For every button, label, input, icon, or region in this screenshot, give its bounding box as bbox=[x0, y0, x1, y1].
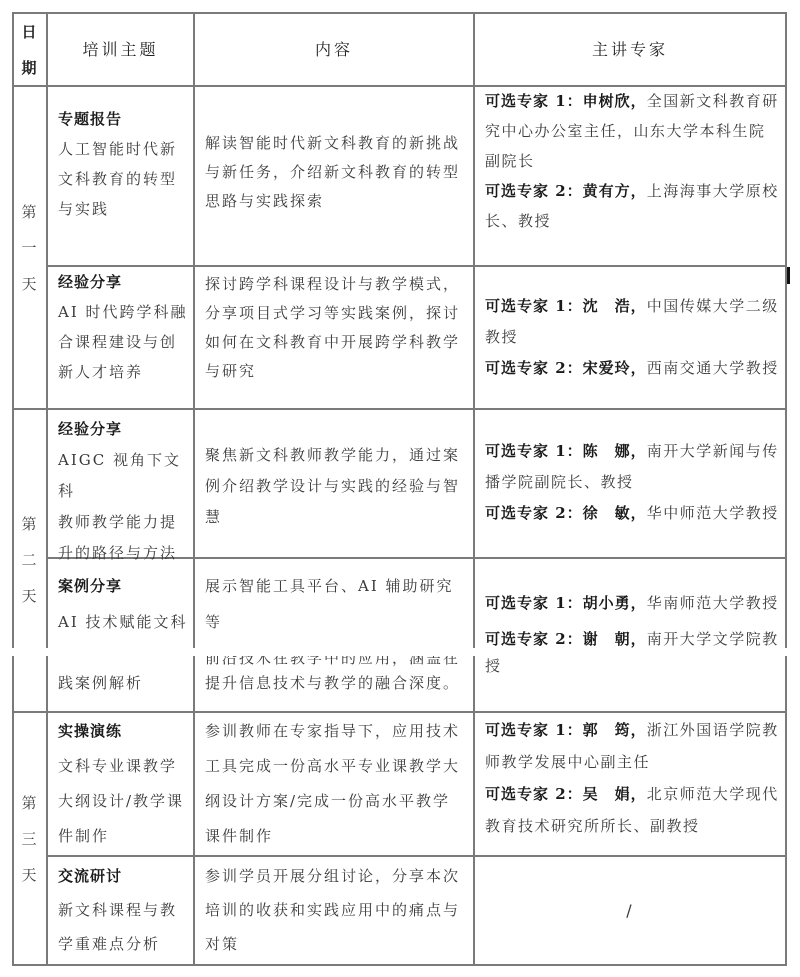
expert-desc: 南开大学新闻与传 bbox=[647, 442, 779, 460]
session-type: 案例分享 bbox=[58, 568, 189, 604]
expert-label: 可选专家 1： bbox=[485, 442, 583, 460]
topic-line: 升的路径与方法 bbox=[58, 538, 189, 569]
content-line: 纲设计方案/完成一份高水平教学 bbox=[205, 784, 469, 819]
training-schedule-table: 日 期 培训主题 内容 主讲专家 第 一 天 第 二 天 第 三 天 专题报告 … bbox=[0, 0, 800, 977]
experts-cell: 可选专家 1：陈 娜，南开大学新闻与传 播学院副院长、教授 可选专家 2：徐 敏… bbox=[475, 436, 785, 529]
topic-cell: 交流研讨 新文科课程与教 学重难点分析 bbox=[48, 859, 193, 961]
expert-label: 可选专家 1： bbox=[485, 297, 583, 315]
experts-cell-continued: 授 bbox=[475, 651, 785, 681]
content-cell: 聚焦新文科教师教学能力，通过案 例介绍教学设计与实践的经验与智 慧 bbox=[195, 440, 473, 533]
header-date-char: 日 bbox=[21, 14, 38, 50]
day-label-1: 第 一 天 bbox=[14, 87, 46, 408]
expert-name: 郭 筠， bbox=[583, 721, 647, 739]
topic-cell: 专题报告 人工智能时代新 文科教育的转型 与实践 bbox=[48, 104, 193, 224]
expert-label: 可选专家 2： bbox=[485, 785, 583, 803]
header-topic: 培训主题 bbox=[48, 14, 193, 85]
experts-cell: 可选专家 1：申树欣，全国新文科教育研 究中心办公室主任，山东大学本科生院 副院… bbox=[475, 86, 785, 236]
expert-label: 可选专家 1： bbox=[485, 721, 583, 739]
day-char: 一 bbox=[21, 230, 38, 266]
topic-line: 学重难点分析 bbox=[58, 927, 189, 961]
expert-desc: 华中师范大学教授 bbox=[647, 504, 779, 522]
expert-desc: 浙江外国语学院教 bbox=[647, 721, 779, 739]
content-line: 解读智能时代新文科教育的新挑战 bbox=[205, 129, 469, 158]
expert-desc: 西南交通大学教授 bbox=[647, 359, 779, 377]
session-type: 交流研讨 bbox=[58, 859, 189, 893]
content-line: 工具完成一份高水平专业课教学大 bbox=[205, 749, 469, 784]
topic-cell-continued: 践案例解析 bbox=[48, 668, 193, 698]
content-cell: 参训教师在专家指导下，应用技术 工具完成一份高水平专业课教学大 纲设计方案/完成… bbox=[195, 714, 473, 854]
content-line: 如何在文科教育中开展跨学科教学 bbox=[205, 328, 469, 357]
topic-line: 与实践 bbox=[58, 194, 189, 224]
topic-line: 文科教育的转型 bbox=[58, 164, 189, 194]
content-line: 与研究 bbox=[205, 357, 469, 386]
table-border-right bbox=[785, 656, 787, 966]
content-line: 探讨跨学科课程设计与教学模式， bbox=[205, 270, 469, 299]
day-char: 天 bbox=[21, 578, 38, 614]
experts-cell: 可选专家 1：胡小勇，华南师范大学教授 可选专家 2：谢 朝，南开大学文学院教 bbox=[475, 585, 785, 657]
expert-desc: 播学院副院长、教授 bbox=[485, 467, 781, 498]
topic-line: 文科专业课教学 bbox=[58, 749, 189, 784]
header-date: 日 期 bbox=[14, 14, 46, 85]
expert-desc: 华南师范大学教授 bbox=[647, 594, 779, 612]
topic-cell: 经验分享 AIGC 视角下文科 教师教学能力提 升的路径与方法 bbox=[48, 414, 193, 569]
expert-desc: 中国传媒大学二级 bbox=[647, 297, 779, 315]
content-line: 聚焦新文科教师教学能力，通过案 bbox=[205, 440, 469, 471]
expert-desc: 上海海事大学原校 bbox=[647, 182, 779, 200]
expert-desc: 教授 bbox=[485, 322, 781, 353]
expert-desc: 副院长 bbox=[485, 146, 781, 176]
expert-name: 沈 浩， bbox=[583, 297, 647, 315]
topic-line: AI 技术赋能文科 bbox=[58, 604, 189, 640]
day-char: 第 bbox=[21, 785, 38, 821]
expert-desc: 南开大学文学院教 bbox=[647, 630, 779, 648]
content-cell: 解读智能时代新文科教育的新挑战 与新任务，介绍新文科教育的转型 思路与实践探索 bbox=[195, 129, 473, 216]
topic-cell: 案例分享 AI 技术赋能文科 bbox=[48, 568, 193, 640]
topic-line: 大纲设计/教学课 bbox=[58, 784, 189, 819]
day-char: 天 bbox=[21, 857, 38, 893]
expert-name: 宋爱玲， bbox=[583, 359, 647, 377]
day-char: 二 bbox=[21, 542, 38, 578]
expert-label: 可选专家 2： bbox=[485, 182, 583, 200]
content-cell: 参训学员开展分组讨论，分享本次 培训的收获和实践应用中的痛点与 对策 bbox=[195, 859, 473, 961]
experts-cell: 可选专家 1：沈 浩，中国传媒大学二级 教授 可选专家 2：宋爱玲，西南交通大学… bbox=[475, 291, 785, 384]
topic-cell: 实操演练 文科专业课教学 大纲设计/教学课 件制作 bbox=[48, 714, 193, 854]
expert-desc: 全国新文科教育研 bbox=[647, 92, 779, 110]
content-line: 课件制作 bbox=[205, 819, 469, 854]
session-type: 专题报告 bbox=[58, 104, 189, 134]
session-type: 经验分享 bbox=[58, 267, 189, 297]
day-label-3: 第 三 天 bbox=[14, 713, 46, 964]
topic-line: 件制作 bbox=[58, 819, 189, 854]
topic-line: AI 时代跨学科融 bbox=[58, 297, 189, 327]
content-line: 参训学员开展分组讨论，分享本次 bbox=[205, 859, 469, 893]
day-char: 第 bbox=[21, 506, 38, 542]
content-cell: 探讨跨学科课程设计与教学模式， 分享项目式学习等实践案例，探讨 如何在文科教育中… bbox=[195, 270, 473, 386]
topic-cell: 经验分享 AI 时代跨学科融 合课程建设与创 新人才培养 bbox=[48, 267, 193, 387]
header-date-char: 期 bbox=[21, 50, 38, 86]
expert-name: 黄有方， bbox=[583, 182, 647, 200]
expert-desc: 师教学发展中心副主任 bbox=[485, 746, 781, 778]
expert-label: 可选专家 2： bbox=[485, 630, 583, 648]
day-char: 第 bbox=[21, 194, 38, 230]
expert-name: 徐 敏， bbox=[583, 504, 647, 522]
expert-name: 吴 娟， bbox=[583, 785, 647, 803]
topic-line: 新文科课程与教 bbox=[58, 893, 189, 927]
content-line: 与新任务，介绍新文科教育的转型 bbox=[205, 158, 469, 187]
day-label-2: 第 二 天 bbox=[14, 480, 46, 640]
content-cell-continued: 提升信息技术与教学的融合深度。 bbox=[195, 668, 473, 698]
experts-cell: 可选专家 1：郭 筠，浙江外国语学院教 师教学发展中心副主任 可选专家 2：吴 … bbox=[475, 714, 785, 842]
expert-name: 谢 朝， bbox=[583, 630, 647, 648]
experts-placeholder: / bbox=[475, 857, 785, 964]
expert-desc: 究中心办公室主任，山东大学本科生院 bbox=[485, 116, 781, 146]
content-line: 对策 bbox=[205, 927, 469, 961]
content-line: 分享项目式学习等实践案例，探讨 bbox=[205, 299, 469, 328]
header-content: 内容 bbox=[195, 14, 473, 85]
content-line: 参训教师在专家指导下，应用技术 bbox=[205, 714, 469, 749]
edge-marker bbox=[787, 267, 790, 284]
topic-line: 新人才培养 bbox=[58, 357, 189, 387]
expert-label: 可选专家 2： bbox=[485, 359, 583, 377]
session-type: 经验分享 bbox=[58, 414, 189, 445]
row-divider bbox=[12, 408, 787, 410]
topic-line: 合课程建设与创 bbox=[58, 327, 189, 357]
content-line: 例介绍教学设计与实践的经验与智 bbox=[205, 471, 469, 502]
expert-label: 可选专家 2： bbox=[485, 504, 583, 522]
expert-label: 可选专家 1： bbox=[485, 594, 583, 612]
row-divider bbox=[12, 711, 787, 713]
header-experts: 主讲专家 bbox=[475, 14, 785, 85]
session-type: 实操演练 bbox=[58, 714, 189, 749]
topic-line: AIGC 视角下文科 bbox=[58, 445, 189, 507]
table-border-right bbox=[785, 12, 787, 648]
expert-desc: 北京师范大学现代 bbox=[647, 785, 779, 803]
expert-desc: 教育技术研究所所长、副教授 bbox=[485, 810, 781, 842]
day-char: 天 bbox=[21, 266, 38, 302]
topic-line: 教师教学能力提 bbox=[58, 507, 189, 538]
table-border-bottom bbox=[12, 964, 787, 966]
topic-line: 人工智能时代新 bbox=[58, 134, 189, 164]
expert-desc: 长、教授 bbox=[485, 206, 781, 236]
content-cell: 展示智能工具平台、AI 辅助研究等 前沿技术在教学中的应用，涵盖在 bbox=[195, 568, 473, 676]
expert-label: 可选专家 1： bbox=[485, 92, 583, 110]
expert-name: 申树欣， bbox=[583, 92, 647, 110]
content-line: 慧 bbox=[205, 502, 469, 533]
content-line: 思路与实践探索 bbox=[205, 187, 469, 216]
content-line: 展示智能工具平台、AI 辅助研究等 bbox=[205, 568, 469, 640]
expert-name: 陈 娜， bbox=[583, 442, 647, 460]
expert-name: 胡小勇， bbox=[583, 594, 647, 612]
day-char: 三 bbox=[21, 821, 38, 857]
content-line: 培训的收获和实践应用中的痛点与 bbox=[205, 893, 469, 927]
